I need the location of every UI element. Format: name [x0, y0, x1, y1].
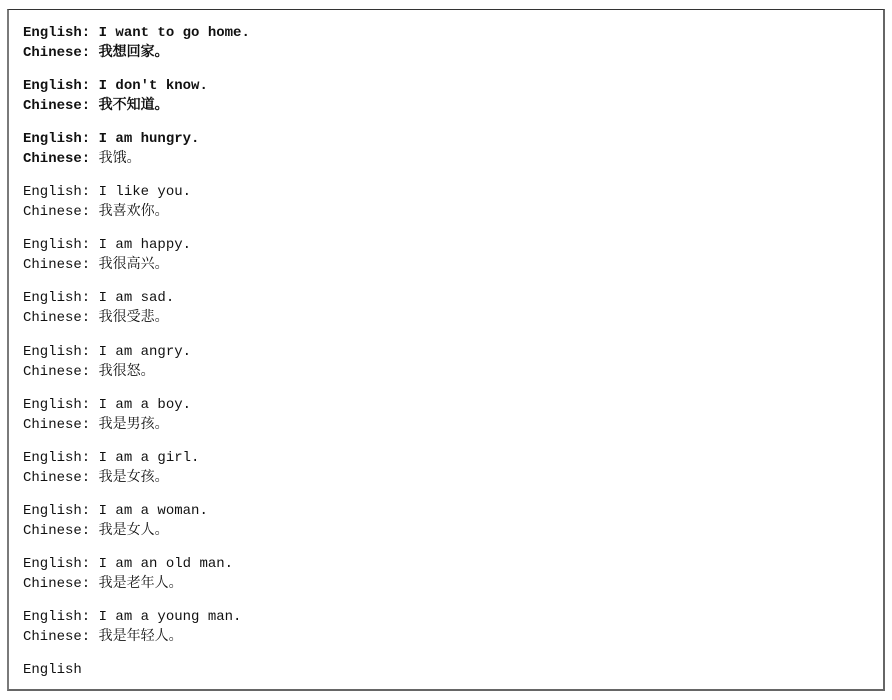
- english-label: English:: [23, 397, 90, 413]
- english-label: English:: [23, 344, 90, 360]
- chinese-line: Chinese: 我是女孩。: [23, 468, 250, 487]
- english-label: English:: [23, 78, 90, 94]
- english-line: English: I am hungry.: [23, 130, 250, 149]
- translation-pair: English: I like you. Chinese: 我喜欢你。: [23, 183, 250, 236]
- chinese-line: Chinese: 我很高兴。: [23, 255, 250, 274]
- english-line: English: I am happy.: [23, 236, 250, 255]
- chinese-label: Chinese:: [23, 204, 90, 220]
- translation-pair: English: I want to go home. Chinese: 我想回…: [23, 24, 250, 77]
- english-line: English: I am a girl.: [23, 449, 250, 468]
- chinese-text: 我是年轻人。: [99, 628, 183, 644]
- chinese-text: 我不知道。: [99, 97, 169, 113]
- chinese-line: Chinese: 我很怒。: [23, 362, 250, 381]
- translation-pair: English: I am a girl. Chinese: 我是女孩。: [23, 449, 250, 502]
- english-label: English:: [23, 609, 90, 625]
- english-label: English:: [23, 503, 90, 519]
- chinese-text: 我很高兴。: [99, 256, 169, 272]
- chinese-line: Chinese: 我喜欢你。: [23, 202, 250, 221]
- english-line: English: I am an old man.: [23, 555, 250, 574]
- chinese-line: Chinese: 我是女人。: [23, 521, 250, 540]
- chinese-text: 我是男孩。: [99, 416, 169, 432]
- chinese-label: Chinese:: [23, 364, 90, 380]
- chinese-line: Chinese: 我是年轻人。: [23, 627, 250, 646]
- english-label: English:: [23, 290, 90, 306]
- translation-pair: English: I am angry. Chinese: 我很怒。: [23, 343, 250, 396]
- english-label: English:: [23, 556, 90, 572]
- english-text: I am hungry.: [99, 131, 200, 147]
- translation-pair: English: I am happy. Chinese: 我很高兴。: [23, 236, 250, 289]
- english-text: I am a woman.: [99, 503, 208, 519]
- chinese-text: 我喜欢你。: [99, 203, 169, 219]
- english-line: English: I want to go home.: [23, 24, 250, 43]
- chinese-line: Chinese: 我不知道。: [23, 96, 250, 115]
- english-text: I am angry.: [99, 344, 191, 360]
- chinese-label: Chinese:: [23, 310, 90, 326]
- chinese-line: Chinese: 我饿。: [23, 149, 250, 168]
- chinese-label: Chinese:: [23, 576, 90, 592]
- chinese-label: Chinese:: [23, 523, 90, 539]
- text-document-frame: English: I want to go home. Chinese: 我想回…: [7, 9, 885, 691]
- chinese-label: Chinese:: [23, 98, 90, 114]
- translation-pair: English: I am hungry. Chinese: 我饿。: [23, 130, 250, 183]
- english-text: I am a young man.: [99, 609, 242, 625]
- chinese-label: Chinese:: [23, 629, 90, 645]
- chinese-text: 我想回家。: [99, 44, 169, 60]
- english-text: I am a boy.: [99, 397, 191, 413]
- english-line: English: I like you.: [23, 183, 250, 202]
- chinese-label: Chinese:: [23, 417, 90, 433]
- english-line: English: I am a boy.: [23, 396, 250, 415]
- chinese-text: 我是女人。: [99, 522, 169, 538]
- translation-pair: English: I am a young man. Chinese: 我是年轻…: [23, 608, 250, 661]
- english-line: English: I am a woman.: [23, 502, 250, 521]
- english-text: I don't know.: [99, 78, 208, 94]
- english-label: English:: [23, 237, 90, 253]
- english-line: English: I don't know.: [23, 77, 250, 96]
- english-text: I am sad.: [99, 290, 175, 306]
- translation-pair: English: I am a boy. Chinese: 我是男孩。: [23, 396, 250, 449]
- chinese-label: Chinese:: [23, 257, 90, 273]
- english-label: English:: [23, 25, 90, 41]
- trailing-english-prompt: English: [23, 661, 250, 680]
- translation-pair: English: I am a woman. Chinese: 我是女人。: [23, 502, 250, 555]
- translation-pair: English: I am an old man. Chinese: 我是老年人…: [23, 555, 250, 608]
- english-text: I like you.: [99, 184, 191, 200]
- chinese-text: 我很受悲。: [99, 309, 169, 325]
- english-text: I am an old man.: [99, 556, 233, 572]
- chinese-text: 我是女孩。: [99, 469, 169, 485]
- english-text: I want to go home.: [99, 25, 250, 41]
- chinese-text: 我很怒。: [99, 363, 155, 379]
- english-label: English:: [23, 450, 90, 466]
- english-line: English: I am angry.: [23, 343, 250, 362]
- chinese-line: Chinese: 我是男孩。: [23, 415, 250, 434]
- chinese-text: 我是老年人。: [99, 575, 183, 591]
- english-text: I am happy.: [99, 237, 191, 253]
- translation-pair: English: I don't know. Chinese: 我不知道。: [23, 77, 250, 130]
- english-text: I am a girl.: [99, 450, 200, 466]
- translation-pair: English: I am sad. Chinese: 我很受悲。: [23, 289, 250, 342]
- english-line: English: I am sad.: [23, 289, 250, 308]
- english-label: English:: [23, 131, 90, 147]
- chinese-line: Chinese: 我很受悲。: [23, 308, 250, 327]
- english-label: English:: [23, 184, 90, 200]
- chinese-line: Chinese: 我是老年人。: [23, 574, 250, 593]
- chinese-line: Chinese: 我想回家。: [23, 43, 250, 62]
- translation-list: English: I want to go home. Chinese: 我想回…: [23, 24, 250, 680]
- chinese-label: Chinese:: [23, 470, 90, 486]
- chinese-text: 我饿。: [99, 150, 141, 166]
- chinese-label: Chinese:: [23, 151, 90, 167]
- chinese-label: Chinese:: [23, 45, 90, 61]
- english-line: English: I am a young man.: [23, 608, 250, 627]
